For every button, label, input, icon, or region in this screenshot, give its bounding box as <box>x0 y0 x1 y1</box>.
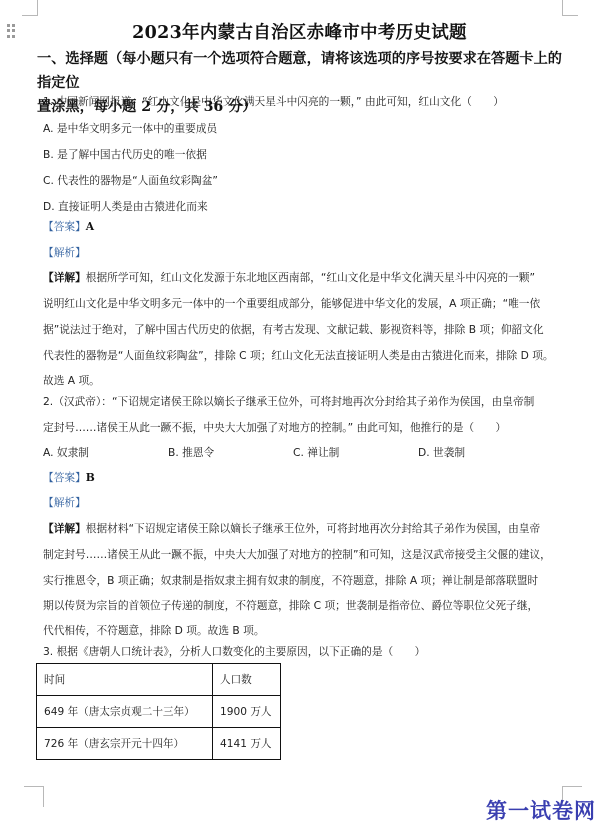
q2-option-a: A. 奴隶制 <box>43 445 89 460</box>
table-cell: 1900 万人 <box>213 696 281 728</box>
q2-detail-line-3: 实行推恩令，B 项正确；奴隶制是指奴隶主拥有奴隶的制度，不符题意，排除 A 项；… <box>43 573 538 588</box>
population-table: 时间 人口数 649 年（唐太宗贞观二十三年） 1900 万人 726 年（唐玄… <box>36 663 281 760</box>
q1-answer: 【答案】A <box>43 219 94 234</box>
table-header-cell: 人口数 <box>213 664 281 696</box>
q2-stem-line-1: 2.（汉武帝）：“下诏规定诸侯王除以嫡长子继承王位外，可将封地再次分封给其子弟作… <box>43 394 534 409</box>
table-header-cell: 时间 <box>37 664 213 696</box>
q2-detail-line-4: 期以传贤为宗旨的首领位子传递的制度，不符题意，排除 C 项；世袭制是指帝位、爵位… <box>43 598 538 613</box>
crop-mark-top-right <box>562 0 578 16</box>
table-row: 649 年（唐太宗贞观二十三年） 1900 万人 <box>37 696 281 728</box>
q1-detail-line-1: 【详解】根据所学可知，红山文化发源于东北地区西南部，“红山文化是中华文化满天星斗… <box>43 270 535 285</box>
q2-detail-line-2: 制定封号……诸侯王从此一蹶不振，中央大大加强了对地方的控制”和可知，这是汉武帝接… <box>43 547 551 562</box>
table-header-row: 时间 人口数 <box>37 664 281 696</box>
q2-detail-line-1: 【详解】根据材料“下诏规定诸侯王除以嫡长子继承王位外，可将封地再次分封给其子弟作… <box>43 521 540 536</box>
q2-answer: 【答案】B <box>43 470 95 485</box>
q3-stem: 3. 根据《唐朝人口统计表》，分析人口数变化的主要原因，以下正确的是（ ） <box>43 644 425 659</box>
answer-value: B <box>86 471 95 484</box>
detail-label: 【详解】 <box>43 271 86 284</box>
table-row: 726 年（唐玄宗开元十四年） 4141 万人 <box>37 728 281 760</box>
q2-option-d: D. 世袭制 <box>418 445 465 460</box>
q1-detail-line-3: 据”说法过于绝对，了解中国古代历史的依据，有考古发现、文献记载、影视资料等，排除… <box>43 322 544 337</box>
q1-detail-line-2: 说明红山文化是中华文明多元一体中的一个重要组成部分，能够促进中华文化的发展，A … <box>43 296 540 311</box>
q2-detail-line-5: 代代相传，不符题意，排除 D 项。故选 B 项。 <box>43 623 265 638</box>
answer-label: 【答案】 <box>43 471 86 484</box>
q1-detail-line-5: 故选 A 项。 <box>43 373 100 388</box>
table-cell: 726 年（唐玄宗开元十四年） <box>37 728 213 760</box>
q1-option-a: A. 是中华文明多元一体中的重要成员 <box>43 121 217 136</box>
page-title: 2023年内蒙古自治区赤峰市中考历史试题 <box>0 19 599 44</box>
q1-detail-line-4: 代表性的器物是“人面鱼纹彩陶盆”，排除 C 项；红山文化无法直接证明人类是由古猿… <box>43 348 554 363</box>
q1-analysis-label: 【解析】 <box>43 245 86 260</box>
answer-label: 【答案】 <box>43 220 86 233</box>
section-heading-line-1: 一、选择题（每小题只有一个选项符合题意，请将该选项的序号按要求在答题卡上的指定位 <box>37 47 567 95</box>
detail-label: 【详解】 <box>43 522 86 535</box>
q2-option-c: C. 禅让制 <box>293 445 339 460</box>
crop-mark-bottom-left <box>24 786 44 807</box>
q2-stem-line-2: 定封号……诸侯王从此一蹶不振，中央大大加强了对地方的控制。” 由此可知，他推行的… <box>43 420 506 435</box>
crop-mark-top-left <box>22 0 38 16</box>
q1-option-b: B. 是了解中国古代历史的唯一依据 <box>43 147 207 162</box>
q1-option-c: C. 代表性的器物是“人面鱼纹彩陶盆” <box>43 173 218 188</box>
q2-option-b: B. 推恩令 <box>168 445 214 460</box>
site-watermark: 第一试卷网 <box>486 795 596 825</box>
table-cell: 649 年（唐太宗贞观二十三年） <box>37 696 213 728</box>
q2-analysis-label: 【解析】 <box>43 495 86 510</box>
q1-stem: 1. 中国新闻网报道：“红山文化是中华文化满天星斗中闪亮的一颗，” 由此可知，红… <box>43 94 504 109</box>
table-cell: 4141 万人 <box>213 728 281 760</box>
q1-option-d: D. 直接证明人类是由古猿进化而来 <box>43 199 208 214</box>
answer-value: A <box>86 220 94 233</box>
